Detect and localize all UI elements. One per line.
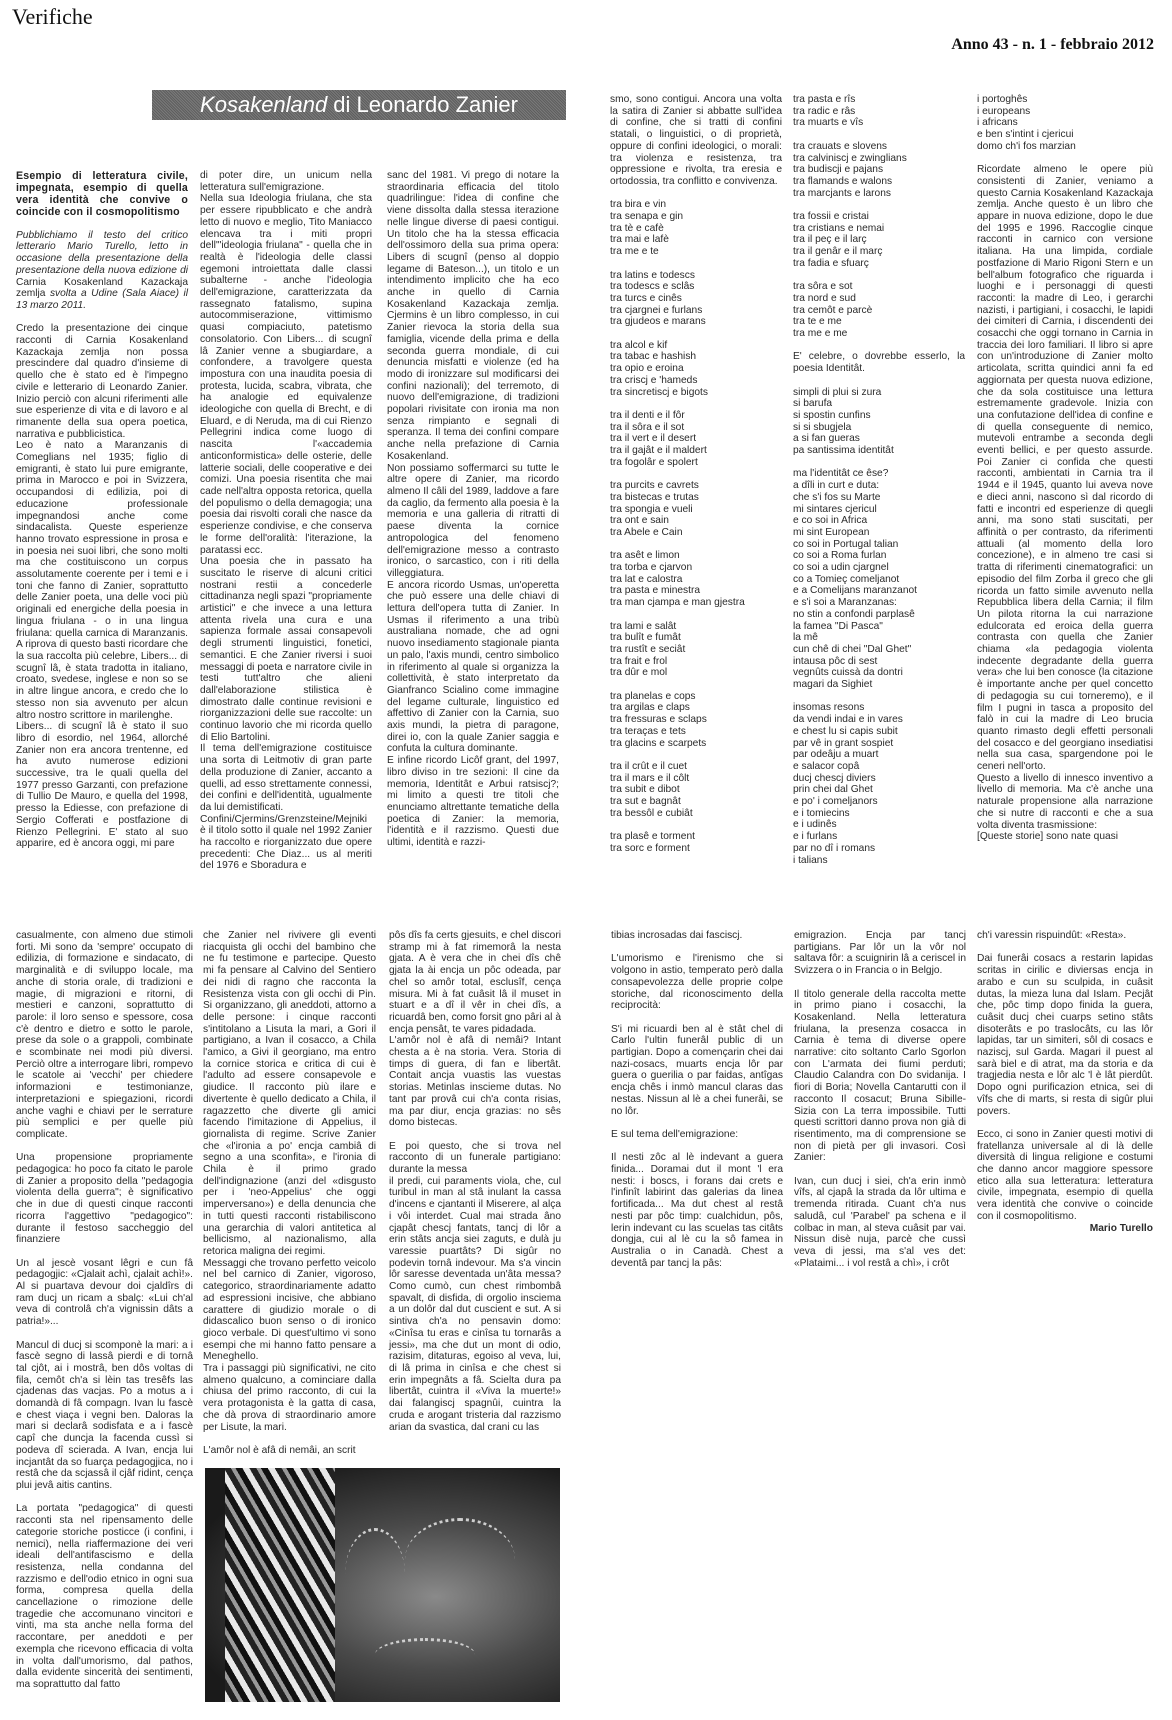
poem-stanza: i portoghêsi europeansi africanse ben s'… <box>977 94 1153 153</box>
title-rest: di Leonardo Zanier <box>333 92 518 118</box>
poem-line: e salacor copâ <box>793 761 965 773</box>
paragraph: di poter dire, un unicum nella letteratu… <box>200 170 372 193</box>
paragraph: Il tema dell'emigrazione costituisce una… <box>200 743 372 813</box>
poem-line: tra nord e sud <box>793 293 965 305</box>
poem-line: tra fadia e sfuarç <box>793 258 965 270</box>
paragraph: La portata "pedagogica" di questi raccon… <box>16 1503 193 1690</box>
paragraph: E poi questo, che si trova nel racconto … <box>389 1141 561 1176</box>
poem-line: tra cemôt e parcè <box>793 305 965 317</box>
poem-verse-end: i portoghêsi europeansi africanse ben s'… <box>977 94 1153 153</box>
paragraph: Libers... di scugnî lâ è stato il suo li… <box>16 721 188 850</box>
poem-line: intausa pôc di sest <box>793 656 965 668</box>
poem-line: tra torba e cjarvon <box>610 562 782 574</box>
poem-line: tra fogolâr e spolert <box>610 457 782 469</box>
paragraph: smo, sono contigui. Ancora una volta la … <box>610 94 782 188</box>
poem-line: tra sut e bagnât <box>610 796 782 808</box>
paragraph: E' celebre, o dovrebbe esserlo, la poesi… <box>793 351 965 374</box>
poem-line: tra asêt e limon <box>610 550 782 562</box>
poem-stanza: tra alcol e kiftra tabac e hashishtra op… <box>610 340 782 399</box>
poem-line: tra opio e eroina <box>610 363 782 375</box>
masthead: Verifiche <box>12 4 93 30</box>
poem-line: tra sincretiscj e bigots <box>610 387 782 399</box>
poem-line: tra radic e râs <box>793 106 965 118</box>
paragraph: Ecco, ci sono in Zanier questi motivi di… <box>977 1129 1153 1223</box>
poem-line: e po' i comeljanors <box>793 796 965 808</box>
quote: Il nesti zôc al lè indevant a guera fini… <box>611 1152 783 1269</box>
poem-identitat: simpli di plui si zurasi barufasi sposti… <box>793 387 965 867</box>
poem-stanza: tra crauats e slovenstra calviniscj e zw… <box>793 141 965 200</box>
issue-line: Anno 43 - n. 1 - febbraio 2012 <box>951 36 1154 54</box>
poem-line: tra argilas e claps <box>610 702 782 714</box>
poem-stanza: tra bira e vintra senapa e gintra tè e c… <box>610 199 782 258</box>
author-signature: Mario Turello <box>977 1223 1153 1235</box>
poem-line: vegnûts cuissà da dontri <box>793 667 965 679</box>
poem-line: tra dûr e mol <box>610 667 782 679</box>
bottom-column-6: ch'i varessin rispuindût: «Resta». Dai f… <box>977 930 1153 1234</box>
paragraph: L'umorismo e l'irenismo che si volgono i… <box>611 953 783 1012</box>
poem-line: tra te e me <box>793 316 965 328</box>
poem-line: e i udinês <box>793 819 965 831</box>
poem-line: tra mai e lafè <box>610 234 782 246</box>
poem-line: mi sintares cjericul <box>793 504 965 516</box>
bottom-column-2: che Zanier nel rivivere gli eventi riacq… <box>203 930 376 1457</box>
bottom-column-1: casualmente, con almeno due stimoli fort… <box>16 930 193 1691</box>
poem-stanza: tra planelas e copstra argilas e clapstr… <box>610 691 782 750</box>
poem-line: par no dî i romans <box>793 843 965 855</box>
poem-line: mi sint European <box>793 527 965 539</box>
paragraph: che Zanier nel rivivere gli eventi riacq… <box>203 930 376 1258</box>
poem-line: la mê <box>793 632 965 644</box>
poem-line: tra marcjants e larons <box>793 188 965 200</box>
bottom-column-4: tibias incrosadas dai fasciscj. L'umoris… <box>611 930 783 1269</box>
paragraph: Una propensione propriamente pedagogica:… <box>16 1152 193 1246</box>
top-column-3: sanc del 1981. Vi prego di notare la str… <box>387 170 559 849</box>
poem-line: co soi in Portugal talian <box>793 539 965 551</box>
poem-line: da vendi indai e in vares <box>793 714 965 726</box>
paragraph: E infine ricordo Licôf grant, del 1997, … <box>387 755 559 849</box>
poem-line: che s'i fos su Marte <box>793 492 965 504</box>
poem-line: tra bistecas e trutas <box>610 492 782 504</box>
poem-line: tra todescs e sclâs <box>610 281 782 293</box>
poem-line: no stin a confondi parplasê <box>793 609 965 621</box>
poem-line: tra pasta e rîs <box>793 94 965 106</box>
poem-line: co soi a udin cjargnel <box>793 562 965 574</box>
poem-line: insomas resons <box>793 702 965 714</box>
paragraph: Ricordate almeno le opere più consistent… <box>977 164 1153 773</box>
poem-line: tra bessôl e cubiât <box>610 808 782 820</box>
poem-line: magari da Sighiet <box>793 679 965 691</box>
poem-line: tra rustît e seciât <box>610 644 782 656</box>
poem-stanza: tra fossii e cristaitra cristians e nema… <box>793 211 965 270</box>
poem-stanza: tra sôra e sottra nord e sudtra cemôt e … <box>793 281 965 340</box>
poem-line: tra purcits e cavrets <box>610 480 782 492</box>
quote: L'amôr nol è afâ di nemâi, an scrit <box>203 1445 376 1457</box>
poem-stanza: tra il crût e il cuettra il mars e il cô… <box>610 761 782 820</box>
poem-stanza: tra il denti e il fôrtra il sôra e il so… <box>610 410 782 469</box>
top-column-5: tra pasta e rîstra radic e râstra muarts… <box>793 94 965 866</box>
poem-line: tra fressuras e sclaps <box>610 714 782 726</box>
poem-line: la famea "Di Pasca" <box>793 621 965 633</box>
poem-line: e ben s'intint i cjericui <box>977 129 1153 141</box>
poem-line: tra spongia e vueli <box>610 504 782 516</box>
poem-line: e co soi in Africa <box>793 515 965 527</box>
poem-line: e s'i soi a Maranzanas: <box>793 597 965 609</box>
poem-line: tra muarts e vîs <box>793 117 965 129</box>
photo-scarf <box>225 1468 335 1702</box>
poem-stanza: simpli di plui si zurasi barufasi sposti… <box>793 387 965 457</box>
poem-stanza: tra latins e todescstra todescs e sclâst… <box>610 270 782 329</box>
poem-line: tra glacins e scarpets <box>610 738 782 750</box>
article-intro: Pubblichiamo il testo del critico letter… <box>16 230 188 312</box>
poem-verse-block: tra bira e vintra senapa e gintra tè e c… <box>610 199 782 854</box>
poem-line: i talians <box>793 855 965 867</box>
poem-line: ma l'identitât ce êse? <box>793 468 965 480</box>
poem-line: co a Tomieç comeljanot <box>793 574 965 586</box>
poem-line: a si fan gueras <box>793 433 965 445</box>
quote: Dai funerâi cosacs a restarin lapidas sc… <box>977 953 1153 1117</box>
poem-line: tra man cjampa e man gjestra <box>610 597 782 609</box>
intro-part-a: Pubblichiamo il testo del critico letter… <box>16 230 188 276</box>
poem-line: tra lami e salât <box>610 621 782 633</box>
poem-line: si si sbugjela <box>793 422 965 434</box>
poem-line: tra turcs e cinês <box>610 293 782 305</box>
poem-line: par vê in grant sospiet <box>793 738 965 750</box>
quote: Mancul di ducj si scomponè la mari: a i … <box>16 1340 193 1492</box>
poem-line: tra calviniscj e zwinglians <box>793 153 965 165</box>
top-column-6: i portoghêsi europeansi africanse ben s'… <box>977 94 1153 843</box>
poem-line: ducj chescj diviers <box>793 773 965 785</box>
quote: Ivan, cun ducj i siei, ch'a erin inmò vî… <box>794 1176 966 1270</box>
poem-line: tra fossii e cristai <box>793 211 965 223</box>
poem-line: pa santissima identitât <box>793 445 965 457</box>
poem-line: tra Abele e Cain <box>610 527 782 539</box>
poem-line: tra bulît e fumât <box>610 632 782 644</box>
quote: ch'i varessin rispuindût: «Resta». <box>977 930 1153 942</box>
top-column-2: di poter dire, un unicum nella letteratu… <box>200 170 372 872</box>
poem-line: tra il vert e il desert <box>610 433 782 445</box>
paragraph: Messaggi che trovano perfetto veicolo ne… <box>203 1258 376 1363</box>
poem-line: tra crauats e slovens <box>793 141 965 153</box>
poem-line: e a Comelijans maranzanot <box>793 585 965 597</box>
poem-line: tra il mars e il côlt <box>610 773 782 785</box>
poem-stanza: tra lami e salâttra bulît e fumâttra rus… <box>610 621 782 680</box>
bottom-column-5: emigrazion. Encja par tancj partigians. … <box>794 930 966 1269</box>
poem-line: tra il peç e il larç <box>793 234 965 246</box>
poem-line: tra cristians e nemai <box>793 223 965 235</box>
poem-line: tra criscj e 'hameds <box>610 375 782 387</box>
poem-line: tra bira e vin <box>610 199 782 211</box>
paragraph: Questo a livello di innesco inventivo a … <box>977 773 1153 832</box>
poem-line: tra alcol e kif <box>610 340 782 352</box>
poem-line: tra flamands e walons <box>793 176 965 188</box>
quote: emigrazion. Encja par tancj partigians. … <box>794 930 966 977</box>
poem-stanza: tra purcits e cavretstra bistecas e trut… <box>610 480 782 539</box>
poem-stanza: insomas resonsda vendi indai e in varese… <box>793 702 965 866</box>
poem-line: tra sorc e forment <box>610 843 782 855</box>
poem-line: tra sôra e sot <box>793 281 965 293</box>
poem-line: tra il crût e il cuet <box>610 761 782 773</box>
photo-scarification <box>345 1528 405 1621</box>
poem-line: tra pasta e minestra <box>610 585 782 597</box>
poem-line: tra me e me <box>793 328 965 340</box>
title-emphasis: Kosakenland <box>200 92 327 118</box>
poem-line: tra il genâr e il març <box>793 246 965 258</box>
bottom-column-3: pôs dîs fa certs gjesuits, e chel discor… <box>389 930 561 1433</box>
quote: pôs dîs fa certs gjesuits, e chel discor… <box>389 930 561 1035</box>
poem-line: tra budiscji e pajans <box>793 164 965 176</box>
poem-line: i portoghês <box>977 94 1153 106</box>
poem-line: si barufa <box>793 398 965 410</box>
poem-stanza: tra pasta e rîstra radic e râstra muarts… <box>793 94 965 129</box>
poem-line: par odeâju a muart <box>793 749 965 761</box>
poem-line: tra plasê e torment <box>610 831 782 843</box>
poem-line: cun chê di chei "Dal Ghet" <box>793 644 965 656</box>
paragraph: Il titolo generale della raccolta mette … <box>794 989 966 1165</box>
poem-stanza: ma l'identitât ce êse?a dîli in curt e d… <box>793 468 965 690</box>
quote: il predi, cui paraments viola, che, cul … <box>389 1176 561 1433</box>
poem-line: prin chei dal Ghet <box>793 784 965 796</box>
article-title-bar: Kosakenland di Leonardo Zanier <box>152 90 566 120</box>
top-column-4: smo, sono contigui. Ancora una volta la … <box>610 94 782 855</box>
poem-line: tra frait e frol <box>610 656 782 668</box>
poem-line: tra me e te <box>610 246 782 258</box>
poem-line: e i furlans <box>793 831 965 843</box>
poem-line: tra il gajât e il maldert <box>610 445 782 457</box>
paragraph: sanc del 1981. Vi prego di notare la str… <box>387 170 559 463</box>
paragraph: Una poesia che in passato ha suscitato l… <box>200 556 372 743</box>
poem-line: tra ont e sain <box>610 515 782 527</box>
quote: Un al jescè vosant lêgri e cun fâ pedago… <box>16 1258 193 1328</box>
quote: S'i mi ricuardi ben al è stât chel di Ca… <box>611 1024 783 1118</box>
poem-line: tra cjargnei e furlans <box>610 305 782 317</box>
poem-line: e i tomiecins <box>793 808 965 820</box>
paragraph: Non possiamo soffermarci su tutte le alt… <box>387 463 559 580</box>
paragraph: Credo la presentazione dei cinque raccon… <box>16 323 188 440</box>
poem-line: tra senapa e gin <box>610 211 782 223</box>
paragraph: E sul tema dell'emigrazione: <box>611 1129 783 1141</box>
poem-line: tra subit e dibot <box>610 784 782 796</box>
poem-line: e chest lu si capis subit <box>793 726 965 738</box>
article-photo <box>205 1468 560 1702</box>
poem-line: tra planelas e cops <box>610 691 782 703</box>
paragraph: [Queste storie] sono nate quasi <box>977 831 1153 843</box>
poem-line: si spostin cunfins <box>793 410 965 422</box>
poem-stanza: tra asêt e limontra torba e cjarvontra l… <box>610 550 782 609</box>
poem-line: tra tabac e hashish <box>610 351 782 363</box>
poem-verse-block-a: tra pasta e rîstra radic e râstra muarts… <box>793 94 965 340</box>
paragraph: casualmente, con almeno due stimoli fort… <box>16 930 193 1141</box>
paragraph: E ancora ricordo Usmas, un'operetta che … <box>387 580 559 756</box>
paragraph: Leo è nato a Maranzanis di Comeglians ne… <box>16 440 188 721</box>
poem-line: tra latins e todescs <box>610 270 782 282</box>
article-lede: Esempio di letteratura civile, impegnata… <box>16 170 188 218</box>
poem-line: domo ch'i fos marzian <box>977 141 1153 153</box>
photo-scarification <box>405 1518 515 1601</box>
poem-line: i africans <box>977 117 1153 129</box>
poem-line: tra il sôra e il sot <box>610 422 782 434</box>
poem-line: tra lat e calostra <box>610 574 782 586</box>
poem-line: i europeans <box>977 106 1153 118</box>
quote: tibias incrosadas dai fasciscj. <box>611 930 783 942</box>
paragraph: Tra i passaggi più significativi, ne cit… <box>203 1363 376 1433</box>
poem-line: tra tè e cafè <box>610 223 782 235</box>
paragraph: Nella sua Ideologia friulana, che sta pe… <box>200 193 372 556</box>
quote: L'amôr nol è afâ di nemâi? Intant chesta… <box>389 1035 561 1129</box>
poem-line: a dîli in curt e duta: <box>793 480 965 492</box>
paragraph: Confini/Cjermins/Grenzsteine/Mejniki è i… <box>200 814 372 873</box>
poem-line: tra il denti e il fôr <box>610 410 782 422</box>
photo-scarification <box>375 1638 475 1671</box>
poem-line: simpli di plui si zura <box>793 387 965 399</box>
poem-line: tra teraças e tets <box>610 726 782 738</box>
poem-stanza: tra plasê e tormenttra sorc e forment <box>610 831 782 854</box>
poem-line: tra gjudeos e marans <box>610 316 782 328</box>
top-column-1: Esempio di letteratura civile, impegnata… <box>16 170 188 850</box>
poem-line: co soi a Roma furlan <box>793 550 965 562</box>
